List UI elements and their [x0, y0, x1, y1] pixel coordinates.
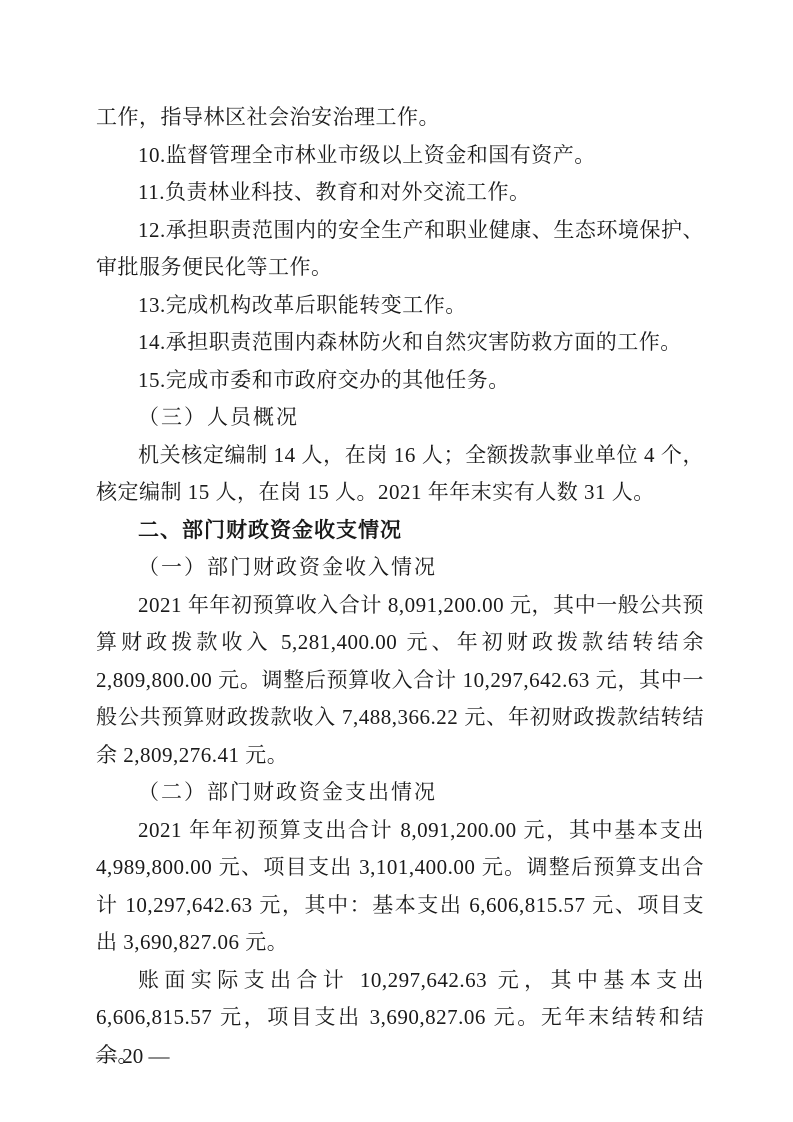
- numbered-item-13: 13.完成机构改革后职能转变工作。: [96, 287, 704, 325]
- document-body: 工作，指导林区社会治安治理工作。 10.监督管理全市林业市级以上资金和国有资产。…: [96, 99, 704, 1074]
- numbered-item-10: 10.监督管理全市林业市级以上资金和国有资产。: [96, 137, 704, 175]
- numbered-item-12: 12.承担职责范围内的安全生产和职业健康、生态环境保护、审批服务便民化等工作。: [96, 212, 704, 287]
- numbered-item-15: 15.完成市委和市政府交办的其他任务。: [96, 362, 704, 400]
- numbered-item-14: 14.承担职责范围内森林防火和自然灾害防救方面的工作。: [96, 324, 704, 362]
- paragraph-personnel-figures: 机关核定编制 14 人，在岗 16 人；全额拨款事业单位 4 个，核定编制 15…: [96, 437, 704, 512]
- page-footer: — 20 —: [96, 1038, 170, 1076]
- section-heading-fiscal-funds: 二、部门财政资金收支情况: [96, 512, 704, 550]
- paragraph-expenditure-figures: 2021 年年初预算支出合计 8,091,200.00 元，其中基本支出 4,9…: [96, 812, 704, 962]
- numbered-item-11: 11.负责林业科技、教育和对外交流工作。: [96, 174, 704, 212]
- paragraph-income-figures: 2021 年年初预算收入合计 8,091,200.00 元，其中一般公共预算财政…: [96, 587, 704, 775]
- subheading-expenditure-situation: （二）部门财政资金支出情况: [96, 774, 704, 812]
- document-page: 工作，指导林区社会治安治理工作。 10.监督管理全市林业市级以上资金和国有资产。…: [0, 0, 793, 1122]
- subheading-income-situation: （一）部门财政资金收入情况: [96, 549, 704, 587]
- page-number: — 20 —: [96, 1044, 170, 1068]
- subheading-personnel-overview: （三）人员概况: [96, 399, 704, 437]
- paragraph-actual-expenditure: 账面实际支出合计 10,297,642.63 元，其中基本支出 6,606,81…: [96, 962, 704, 1075]
- paragraph-continuation: 工作，指导林区社会治安治理工作。: [96, 99, 704, 137]
